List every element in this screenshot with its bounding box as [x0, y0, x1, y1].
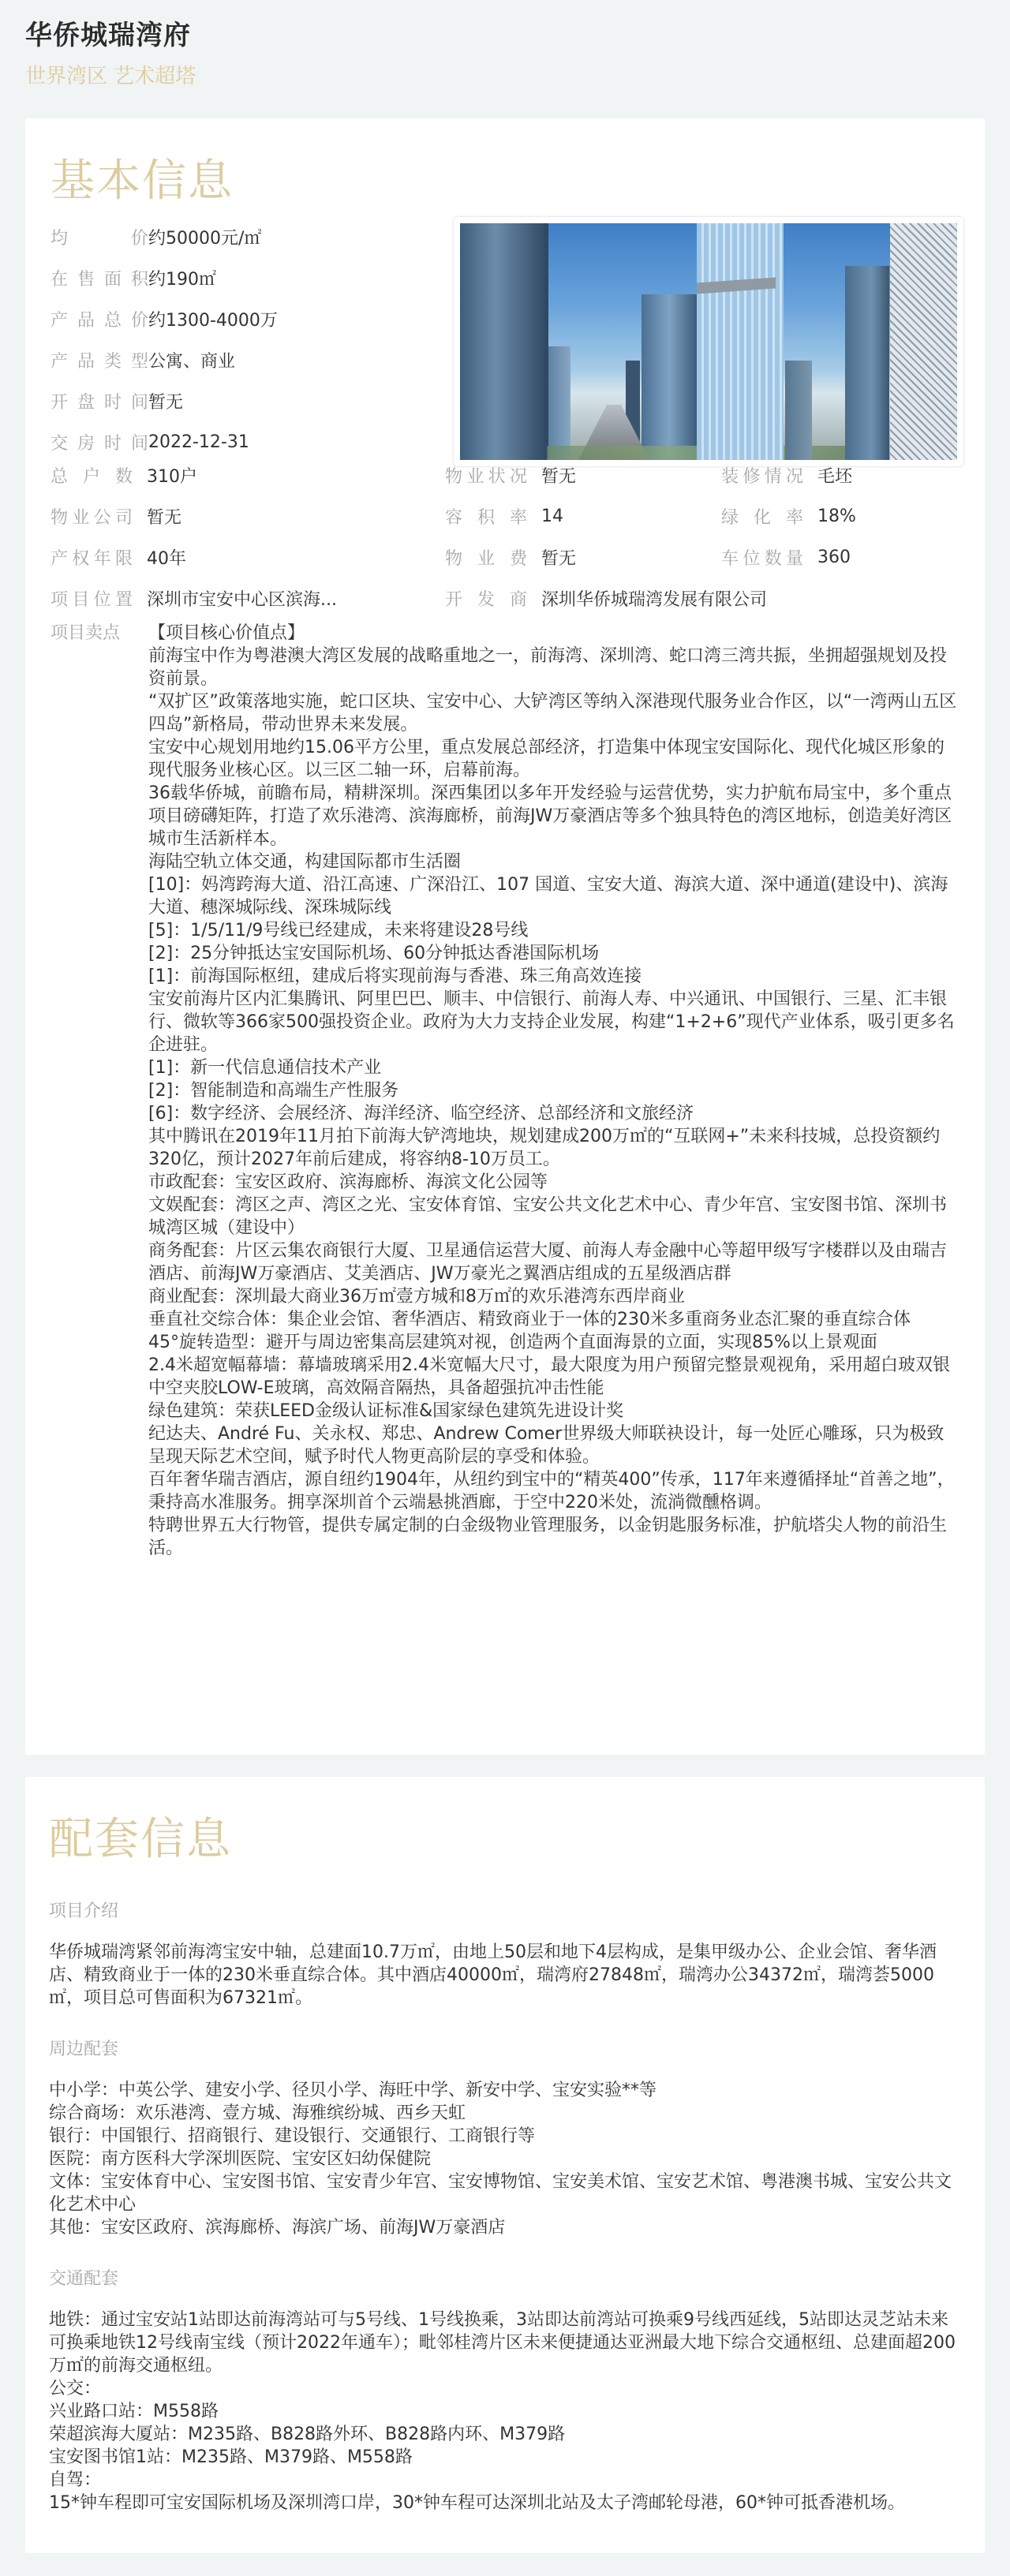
supporting-info-card: 配套信息 项目介绍 华侨城瑞湾紧邻前海湾宝安中轴，总建面10.7万㎡，由地上50… [25, 1777, 985, 2553]
field-value: 深圳华侨城瑞湾发展有限公司 [541, 586, 767, 611]
field-value: 公寓、商业 [148, 348, 235, 372]
field-label: 项目位置 [50, 586, 133, 611]
field-value: 约1300-4000万 [148, 307, 278, 331]
building-shape [548, 346, 570, 460]
surroundings-item: 其他：宝安区政府、滨海廊桥、海滨广场、前海JW万豪酒店 [49, 2216, 961, 2239]
field-average-price: 均 价 约50000元/㎡ [50, 216, 429, 257]
selling-line: 36载华侨城，前瞻布局，精耕深圳。深西集团以多年开发经验与运营优势，实力护航布局… [148, 782, 959, 851]
selling-line: 【项目核心价值点】 [148, 622, 959, 645]
surroundings-item: 银行：中国银行、招商银行、建设银行、交通银行、工商银行等 [49, 2125, 961, 2148]
selling-line: 文娱配套：湾区之声、湾区之光、宝安体育馆、宝安公共文化艺术中心、青少年宫、宝安图… [148, 1194, 959, 1239]
building-shape [890, 223, 957, 460]
selling-line: [2]：智能制造和高端生产性服务 [148, 1079, 959, 1102]
field-opening-date: 开盘时间 暂无 [50, 380, 429, 421]
building-shape [785, 361, 812, 460]
selling-line: 2.4米超宽幅幕墙：幕墙玻璃采用2.4米宽幅大尺寸，最大限度为用户预留完整景观视… [148, 1354, 959, 1400]
surroundings-heading: 周边配套 [49, 2038, 961, 2062]
selling-line: 前海宝中作为粤港澳大湾区发展的战略重地之一，前海湾、深圳湾、蛇口湾三湾共振，坐拥… [148, 645, 959, 690]
page-subtitle: 世界湾区 艺术超塔 [25, 63, 985, 90]
building-shape [460, 223, 548, 460]
selling-line: 百年奢华瑞吉酒店，源自纽约1904年，从纽约到宝中的“精英400”传承，117年… [148, 1468, 959, 1514]
basic-info-top: 均 价 约50000元/㎡ 在售面积 约190㎡ 产品总价 约1300-4000… [50, 213, 959, 560]
transport-item: 公交： [49, 2377, 961, 2400]
selling-line: [1]：新一代信息通信技术产业 [148, 1056, 959, 1079]
field-label: 开盘时间 [50, 389, 148, 413]
surroundings-item: 文体：宝安体育中心、宝安图书馆、宝安青少年宫、宝安博物馆、宝安美术馆、宝安艺术馆… [49, 2170, 961, 2216]
selling-line: [2]：25分钟抵达宝安国际机场、60分钟抵达香港国际机场 [148, 942, 959, 965]
field-delivery-date: 交房时间 2022-12-31 [50, 421, 429, 462]
selling-line: [1]：前海国际枢纽，建成后将实现前海与香港、珠三角高效连接 [148, 965, 959, 988]
selling-line: 45°旋转造型：避开与周边密集高层建筑对视，创造两个直面海景的立面，实现85%以… [148, 1331, 959, 1354]
field-label: 均 价 [50, 225, 148, 249]
transport-item: 地铁：通过宝安站1站即达前海湾站可与5号线、1号线换乘，3站即达前湾站可换乘9号… [49, 2309, 961, 2377]
selling-line: 市政配套：宝安区政府、滨海廊桥、海滨文化公园等 [148, 1171, 959, 1194]
selling-points: 项目卖点 【项目核心价值点】 前海宝中作为粤港澳大湾区发展的战略重地之一，前海湾… [50, 622, 959, 1560]
field-total-price: 产品总价 约1300-4000万 [50, 298, 429, 339]
selling-line: 垂直社交综合体：集企业会馆、奢华酒店、精致商业于一体的230米多重商务业态汇聚的… [148, 1308, 959, 1331]
transport-heading: 交通配套 [49, 2268, 961, 2291]
transport-item: 15*钟车程即可宝安国际机场及深圳湾口岸，30*钟车程可达深圳北站及太子湾邮轮母… [49, 2492, 961, 2514]
selling-points-label: 项目卖点 [50, 622, 148, 1560]
surroundings-list: 中小学：中英公学、建安小学、径贝小学、海旺中学、新安中学、宝安实验**等 综合商… [49, 2079, 961, 2239]
surroundings-item: 中小学：中英公学、建安小学、径贝小学、海旺中学、新安中学、宝安实验**等 [49, 2079, 961, 2102]
surroundings-item: 医院：南方医科大学深圳医院、宝安区妇幼保健院 [49, 2148, 961, 2170]
transport-item: 兴业路口站：M558路 [49, 2400, 961, 2423]
field-product-type: 产品类型 公寓、商业 [50, 339, 429, 380]
selling-line: 特聘世界五大行物管，提供专属定制的白金级物业管理服务，以金钥匙服务标准，护航塔尖… [148, 1514, 959, 1560]
field-value: 2022-12-31 [148, 432, 249, 452]
page-header: 华侨城瑞湾府 世界湾区 艺术超塔 [0, 0, 1010, 118]
field-developer: 开发商 深圳华侨城瑞湾发展有限公司 [445, 578, 958, 619]
selling-line: [6]：数字经济、会展经济、海洋经济、临空经济、总部经济和文旅经济 [148, 1102, 959, 1125]
project-intro-text: 华侨城瑞湾紧邻前海湾宝安中轴，总建面10.7万㎡，由地上50层和地下4层构成，是… [49, 1941, 961, 2010]
selling-line: “双扩区”政策落地实施，蛇口区块、宝安中心、大铲湾区等纳入深港现代服务业合作区，… [148, 690, 959, 736]
tower-shape [697, 223, 784, 460]
field-value: 约50000元/㎡ [148, 225, 261, 249]
field-value[interactable]: 深圳市宝安中心区滨海... [147, 586, 337, 611]
field-label: 交房时间 [50, 430, 148, 454]
project-intro-heading: 项目介绍 [49, 1900, 961, 1924]
section-title-basic-info: 基本信息 [50, 150, 959, 213]
basic-fields: 均 价 约50000元/㎡ 在售面积 约190㎡ 产品总价 约1300-4000… [50, 216, 429, 462]
transport-item: 自驾： [49, 2469, 961, 2492]
basic-info-card: 基本信息 均 价 约50000元/㎡ 在售面积 约190㎡ 产品总价 约1300… [25, 118, 985, 1755]
hero-image-frame[interactable] [453, 216, 964, 467]
surroundings-item: 综合商场：欢乐港湾、壹方城、海雅缤纷城、西乡天虹 [49, 2102, 961, 2125]
section-title-supporting-info: 配套信息 [49, 1808, 961, 1871]
selling-line: 纪达夫、André Fu、关永权、郑忠、Andrew Comer世界级大师联袂设… [148, 1423, 959, 1468]
selling-line: 商业配套：深圳最大商业36万㎡壹方城和8万㎡的欢乐港湾东西岸商业 [148, 1285, 959, 1308]
field-label: 在售面积 [50, 266, 148, 290]
project-intro-paragraph: 华侨城瑞湾紧邻前海湾宝安中轴，总建面10.7万㎡，由地上50层和地下4层构成，是… [49, 1941, 961, 2010]
transport-item: 荣超滨海大厦站：M235路、B828路外环、B828路内环、M379路 [49, 2423, 961, 2446]
field-value: 约190㎡ [148, 266, 216, 290]
selling-line: 宝安前海片区内汇集腾讯、阿里巴巴、顺丰、中信银行、前海人寿、中兴通讯、中国银行、… [148, 988, 959, 1056]
detail-row: 项目位置 深圳市宝安中心区滨海... 开发商 深圳华侨城瑞湾发展有限公司 [50, 578, 959, 619]
transport-list: 地铁：通过宝安站1站即达前海湾站可与5号线、1号线换乘，3站即达前湾站可换乘9号… [49, 2309, 961, 2514]
field-value: 暂无 [148, 389, 183, 413]
selling-line: 宝安中心规划用地约15.06平方公里，重点发展总部经济，打造集中体现宝安国际化、… [148, 736, 959, 782]
page-title: 华侨城瑞湾府 [25, 17, 985, 54]
selling-points-text: 【项目核心价值点】 前海宝中作为粤港澳大湾区发展的战略重地之一，前海湾、深圳湾、… [148, 622, 959, 1560]
building-shape [845, 266, 889, 460]
field-label: 产品总价 [50, 307, 148, 331]
selling-line: 海陆空轨立体交通，构建国际都市生活圈 [148, 851, 959, 873]
selling-line: [5]：1/5/11/9号线已经建成，未来将建设28号线 [148, 919, 959, 942]
selling-line: [10]：妈湾跨海大道、沿江高速、广深沿江、107 国道、宝安大道、海滨大道、深… [148, 873, 959, 919]
transport-item: 宝安图书馆1站：M235路、M379路、M558路 [49, 2446, 961, 2469]
field-area-on-sale: 在售面积 约190㎡ [50, 257, 429, 298]
field-label: 产品类型 [50, 348, 148, 372]
selling-line: 绿色建筑：荣获LEED金级认证标准&国家绿色建筑先进设计奖 [148, 1400, 959, 1423]
building-shape [642, 294, 697, 460]
selling-line: 商务配套：片区云集农商银行大厦、卫星通信运营大厦、前海人寿金融中心等超甲级写字楼… [148, 1239, 959, 1285]
field-location[interactable]: 项目位置 深圳市宝安中心区滨海... [50, 578, 445, 619]
selling-line: 其中腾讯在2019年11月拍下前海大铲湾地块，规划建成200万㎡的“互联网+”未… [148, 1125, 959, 1171]
field-label: 开发商 [445, 586, 527, 611]
hero-building-image[interactable] [460, 223, 957, 460]
